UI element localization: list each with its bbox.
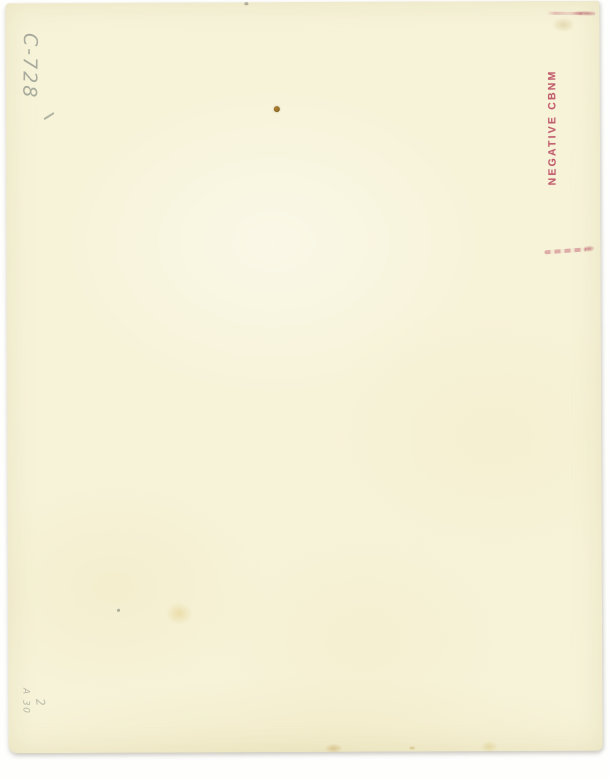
speck-bottom	[410, 747, 415, 750]
ink-blob-middle-right	[583, 245, 595, 252]
handwritten-bottom-left-mark-2: 2	[32, 691, 49, 713]
stain-middle-left	[166, 602, 192, 624]
handwritten-catalog-number: C-728	[18, 24, 41, 108]
stain-bottom-center	[325, 744, 343, 753]
photo-verso-paper: C-728 NEGATIVE CBNM A 30 2	[5, 1, 602, 754]
stain-top-right	[552, 18, 574, 32]
ink-blob-top-right	[572, 10, 595, 16]
speck-top-edge	[244, 2, 248, 5]
negative-stamp: NEGATIVE CBNM	[545, 64, 561, 190]
ink-smudge-middle-right	[544, 247, 586, 254]
scan-background: C-728 NEGATIVE CBNM A 30 2	[0, 0, 609, 779]
stain-bottom-right	[481, 741, 498, 752]
speck-middle-left	[117, 609, 120, 612]
pencil-tick-mark	[43, 112, 54, 120]
handwritten-bottom-left-mark: A 30	[18, 685, 30, 717]
brown-spot	[274, 106, 280, 112]
